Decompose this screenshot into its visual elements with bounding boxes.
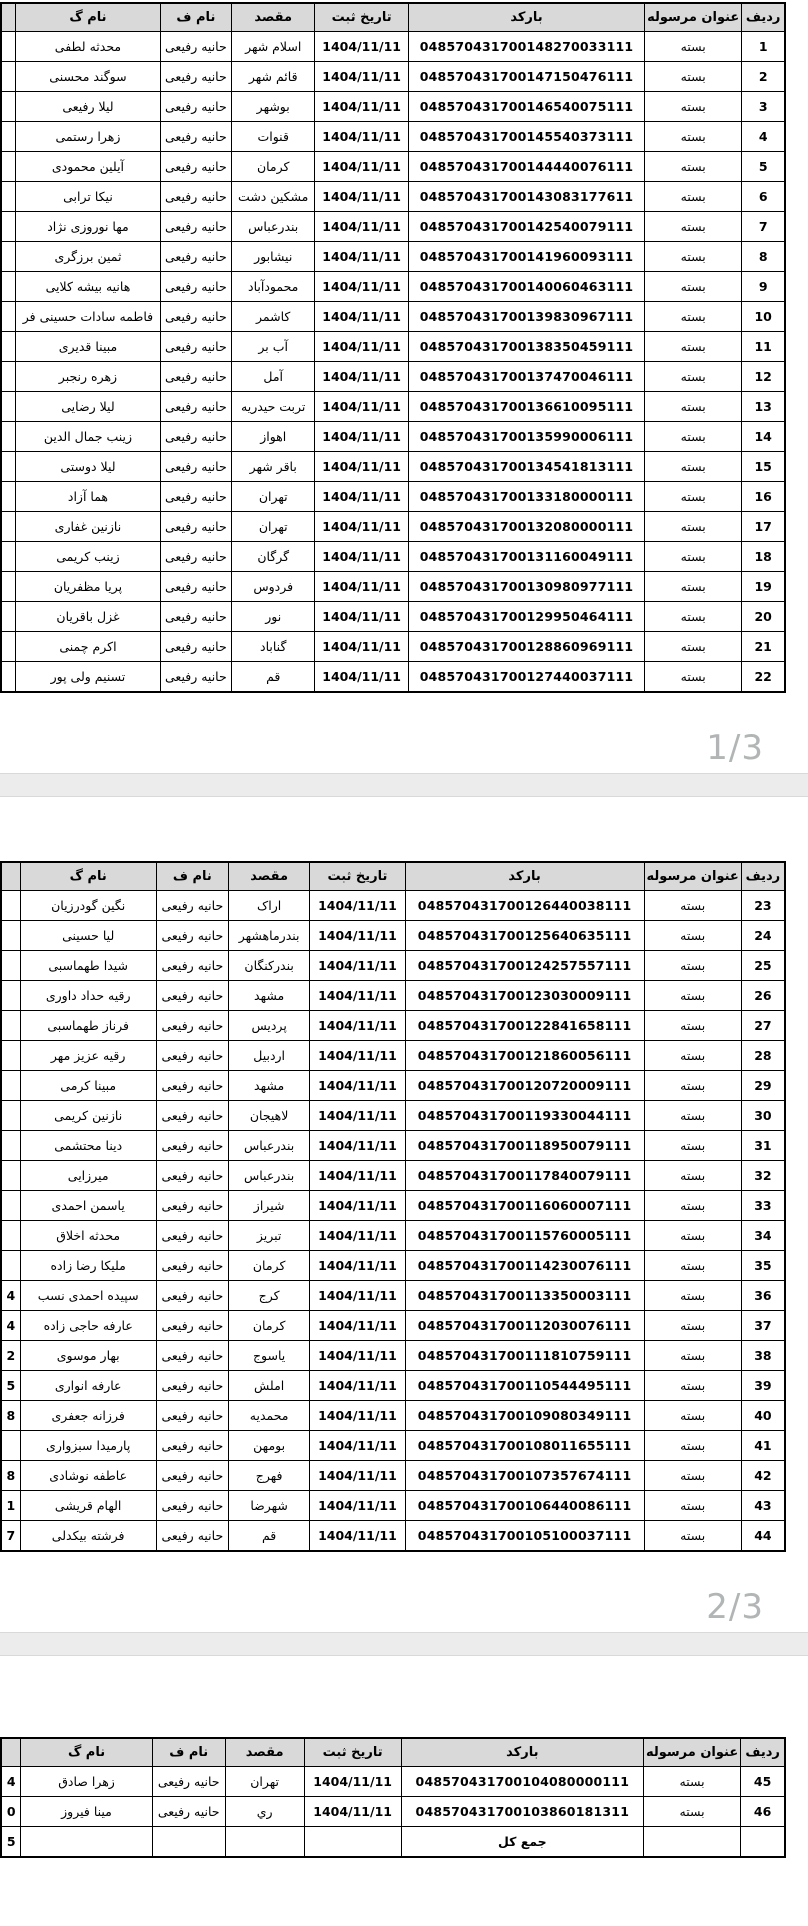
cell-dest: قم [228,1521,309,1552]
cell-row: 7 [742,212,785,242]
table-row: 8بسته0485704317001419600931111404/11/11ن… [1,242,785,272]
cell-fname: حانیه رفیعی [156,1401,228,1431]
cell-row: 23 [741,891,785,921]
table-row: 17بسته0485704317001320800001111404/11/11… [1,512,785,542]
cell-type: بسته [645,572,742,602]
cell-barcode: 048570431700127440037111 [408,662,644,693]
cell-type: بسته [644,1461,741,1491]
cell-barcode: 048570431700109080349111 [405,1401,644,1431]
cell-date: 1404/11/11 [310,1491,405,1521]
cell-type: بسته [645,632,742,662]
cell-date: 1404/11/11 [315,362,409,392]
cell-date: 1404/11/11 [310,1071,405,1101]
header-row: ردیفعنوان مرسولهبارکدتاریخ ثبتمقصدنام فن… [1,3,785,32]
page-separator-1 [0,773,808,797]
cell-barcode: 048570431700115760005111 [405,1221,644,1251]
cell-row: 4 [742,122,785,152]
cell-lname: شیدا طهماسبی [20,951,156,981]
cell-row: 5 [742,152,785,182]
cell-lname: مها نوروزی نژاد [16,212,160,242]
cell-date: 1404/11/11 [310,1191,405,1221]
cell-barcode: 048570431700116060007111 [405,1191,644,1221]
page-separator-2 [0,1632,808,1656]
column-header-row: ردیف [742,3,785,32]
cell-fname: حانیه رفیعی [160,92,231,122]
cell-barcode: 048570431700144440076111 [408,152,644,182]
table-row: 11بسته0485704317001383504591111404/11/11… [1,332,785,362]
cell-fname: حانیه رفیعی [156,981,228,1011]
cell-row: 39 [741,1371,785,1401]
cell-row: 3 [742,92,785,122]
cell-lname: نازنین کریمی [20,1101,156,1131]
cell-date: 1404/11/11 [315,662,409,693]
cell-barcode: 048570431700117840079111 [405,1161,644,1191]
cell-dest: باقر شهر [232,452,315,482]
cell-clipped: 2 [1,1341,20,1371]
cell-barcode: 048570431700131160049111 [408,542,644,572]
header-row: ردیفعنوان مرسولهبارکدتاریخ ثبتمقصدنام فن… [1,862,785,891]
cell-barcode: 048570431700138350459111 [408,332,644,362]
cell-lname: مبینا قدیری [16,332,160,362]
cell-dest: اردبیل [228,1041,309,1071]
table-row: 5بسته0485704317001444400761111404/11/11ک… [1,152,785,182]
cell-row: 21 [742,632,785,662]
cell-type: بسته [644,1401,741,1431]
cell-clipped [1,62,16,92]
cell-clipped [1,981,20,1011]
table-row: 21بسته0485704317001288609691111404/11/11… [1,632,785,662]
cell-row: 46 [741,1797,785,1827]
cell-clipped: 8 [1,1461,20,1491]
cell-clipped [1,272,16,302]
cell-lname: عاطفه نوشادی [20,1461,156,1491]
column-header-type: عنوان مرسوله [644,862,741,891]
cell-dest: مشهد [228,1071,309,1101]
cell-barcode: 048570431700125640635111 [405,921,644,951]
cell-type: بسته [643,1767,740,1797]
column-header-row: ردیف [741,862,785,891]
cell-dest: نور [232,602,315,632]
cell-date: 1404/11/11 [315,572,409,602]
table-row: 32بسته0485704317001178400791111404/11/11… [1,1161,785,1191]
page-2: ردیفعنوان مرسولهبارکدتاریخ ثبتمقصدنام فن… [0,797,808,1624]
cell-clipped: 4 [1,1311,20,1341]
cell-lname: لیا حسینی [20,921,156,951]
cell-date: 1404/11/11 [310,1131,405,1161]
cell-dest: ري [225,1797,304,1827]
cell-dest: یاسوج [228,1341,309,1371]
cell-date: 1404/11/11 [315,602,409,632]
cell-type: بسته [645,662,742,693]
page-number-1: 1/3 [0,731,764,765]
cell-fname: حانیه رفیعی [156,921,228,951]
cell-row: 37 [741,1311,785,1341]
cell-barcode: 048570431700141960093111 [408,242,644,272]
cell-dest: بندرعباس [232,212,315,242]
cell-clipped [1,1251,20,1281]
cell-barcode: 048570431700143083177611 [408,182,644,212]
table-row: 26بسته0485704317001230300091111404/11/11… [1,981,785,1011]
cell-row: 29 [741,1071,785,1101]
page-number-2: 2/3 [0,1590,764,1624]
cell-clipped: 1 [1,1491,20,1521]
cell-type: بسته [645,452,742,482]
cell-type: بسته [645,92,742,122]
column-header-lname: نام گ [21,1738,152,1767]
table-row: 15بسته0485704317001345418131111404/11/11… [1,452,785,482]
cell-clipped: 8 [1,1401,20,1431]
cell-date: 1404/11/11 [315,452,409,482]
cell-type: بسته [644,1251,741,1281]
cell-date: 1404/11/11 [310,951,405,981]
cell-barcode: 048570431700128860969111 [408,632,644,662]
cell-type [643,1827,740,1858]
page-3: ردیفعنوان مرسولهبارکدتاریخ ثبتمقصدنام فن… [0,1656,808,1858]
cell-dest: بندرماهشهر [228,921,309,951]
cell-type: بسته [644,1101,741,1131]
cell-type: بسته [645,392,742,422]
cell-clipped: 0 [1,1797,21,1827]
cell-fname: حانیه رفیعی [160,662,231,693]
table-row: 10بسته0485704317001398309671111404/11/11… [1,302,785,332]
cell-date: 1404/11/11 [315,32,409,62]
column-header-lname: نام گ [16,3,160,32]
cell-date: 1404/11/11 [315,542,409,572]
cell-dest: قم [232,662,315,693]
cell-date: 1404/11/11 [310,1341,405,1371]
cell-barcode: 048570431700136610095111 [408,392,644,422]
table-row: 33بسته0485704317001160600071111404/11/11… [1,1191,785,1221]
cell-dest: اسلام شهر [232,32,315,62]
cell-barcode: 048570431700148270033111 [408,32,644,62]
cell-clipped [1,32,16,62]
cell-dest: تهران [232,482,315,512]
cell-clipped [1,1431,20,1461]
cell-type: بسته [644,1131,741,1161]
cell-fname: حانیه رفیعی [156,891,228,921]
cell-barcode: 048570431700119330044111 [405,1101,644,1131]
table-row: 6بسته0485704317001430831776111404/11/11م… [1,182,785,212]
cell-dest: املش [228,1371,309,1401]
cell-lname: زهره رنجبر [16,362,160,392]
table-row: 41بسته0485704317001080116551111404/11/11… [1,1431,785,1461]
cell-lname: میرزایی [20,1161,156,1191]
table-row: 35بسته0485704317001142300761111404/11/11… [1,1251,785,1281]
cell-clipped [1,1131,20,1161]
cell-row: 43 [741,1491,785,1521]
header-row: ردیفعنوان مرسولهبارکدتاریخ ثبتمقصدنام فن… [1,1738,785,1767]
cell-date: 1404/11/11 [315,512,409,542]
cell-fname: حانیه رفیعی [160,482,231,512]
cell-row [741,1827,785,1858]
cell-dest [225,1827,304,1858]
cell-fname: حانیه رفیعی [160,602,231,632]
cell-row: 17 [742,512,785,542]
table-row: 22بسته0485704317001274400371111404/11/11… [1,662,785,693]
cell-clipped [1,1101,20,1131]
cell-fname: حانیه رفیعی [160,332,231,362]
cell-dest: قائم شهر [232,62,315,92]
cell-fname: حانیه رفیعی [160,152,231,182]
cell-barcode: 048570431700121860056111 [405,1041,644,1071]
cell-clipped: 5 [1,1827,21,1858]
cell-clipped [1,302,16,332]
cell-dest: تبریز [228,1221,309,1251]
cell-row: 27 [741,1011,785,1041]
cell-dest: گرگان [232,542,315,572]
cell-fname: حانیه رفیعی [152,1767,225,1797]
cell-clipped [1,122,16,152]
cell-barcode: 048570431700137470046111 [408,362,644,392]
cell-row: 9 [742,272,785,302]
cell-row: 35 [741,1251,785,1281]
cell-clipped [1,1071,20,1101]
column-header-clipped [1,1738,21,1767]
cell-row: 11 [742,332,785,362]
cell-dest: محمدیه [228,1401,309,1431]
cell-row: 19 [742,572,785,602]
cell-date: 1404/11/11 [315,92,409,122]
cell-lname: نگین گودرزیان [20,891,156,921]
cell-fname: حانیه رفیعی [160,452,231,482]
cell-barcode: 048570431700139830967111 [408,302,644,332]
table-row: 13بسته0485704317001366100951111404/11/11… [1,392,785,422]
cell-fname: حانیه رفیعی [160,32,231,62]
cell-type: بسته [644,921,741,951]
cell-fname: حانیه رفیعی [156,951,228,981]
cell-barcode: 048570431700135990006111 [408,422,644,452]
table-row: 9بسته0485704317001400604631111404/11/11م… [1,272,785,302]
cell-type: بسته [644,891,741,921]
cell-dest: تربت حیدریه [232,392,315,422]
cell-type: بسته [645,422,742,452]
cell-clipped [1,332,16,362]
cell-type: بسته [645,362,742,392]
cell-date: 1404/11/11 [315,152,409,182]
cell-date: 1404/11/11 [310,891,405,921]
cell-type: بسته [645,62,742,92]
cell-row: 32 [741,1161,785,1191]
table-row: 31بسته0485704317001189500791111404/11/11… [1,1131,785,1161]
cell-type: بسته [644,1371,741,1401]
column-header-barcode: بارکد [401,1738,643,1767]
cell-date: 1404/11/11 [304,1797,401,1827]
cell-lname: هما آزاد [16,482,160,512]
cell-date: 1404/11/11 [310,1431,405,1461]
cell-date: 1404/11/11 [310,1011,405,1041]
cell-date: 1404/11/11 [315,632,409,662]
cell-row: 6 [742,182,785,212]
column-header-dest: مقصد [228,862,309,891]
cell-clipped [1,92,16,122]
table-row: 24بسته0485704317001256406351111404/11/11… [1,921,785,951]
cell-clipped [1,1221,20,1251]
cell-lname: آیلین محمودی [16,152,160,182]
cell-fname: حانیه رفیعی [156,1281,228,1311]
cell-row: 30 [741,1101,785,1131]
cell-type: بسته [645,122,742,152]
cell-row: 38 [741,1341,785,1371]
table-row: 23بسته0485704317001264400381111404/11/11… [1,891,785,921]
table-row: 27بسته0485704317001228416581111404/11/11… [1,1011,785,1041]
cell-dest: گناباد [232,632,315,662]
cell-lname: مینا فیروز [21,1797,152,1827]
cell-fname: حانیه رفیعی [156,1491,228,1521]
cell-lname: زینب جمال الدین [16,422,160,452]
cell-fname: حانیه رفیعی [156,1251,228,1281]
cell-barcode: 048570431700126440038111 [405,891,644,921]
cell-fname: حانیه رفیعی [160,362,231,392]
cell-type: بسته [644,981,741,1011]
cell-type: بسته [645,602,742,632]
cell-row: 16 [742,482,785,512]
cell-row: 20 [742,602,785,632]
cell-fname: حانیه رفیعی [156,1191,228,1221]
column-header-dest: مقصد [225,1738,304,1767]
cell-row: 24 [741,921,785,951]
cell-row: 12 [742,362,785,392]
table-row: 44بسته0485704317001051000371111404/11/11… [1,1521,785,1552]
cell-clipped [1,392,16,422]
cell-fname: حانیه رفیعی [156,1011,228,1041]
table-row: 36بسته0485704317001133500031111404/11/11… [1,1281,785,1311]
cell-dest: پردیس [228,1011,309,1041]
table-row: 3بسته0485704317001465400751111404/11/11ب… [1,92,785,122]
table-row: 18بسته0485704317001311600491111404/11/11… [1,542,785,572]
cell-date: 1404/11/11 [310,1041,405,1071]
table-row: 20بسته0485704317001299504641111404/11/11… [1,602,785,632]
cell-type: بسته [644,1011,741,1041]
table-row: 46بسته0485704317001038601813111404/11/11… [1,1797,785,1827]
table-row: 2بسته0485704317001471504761111404/11/11ق… [1,62,785,92]
cell-row: 8 [742,242,785,272]
cell-date: 1404/11/11 [310,981,405,1011]
column-header-clipped [1,862,20,891]
cell-fname: حانیه رفیعی [156,1071,228,1101]
cell-date: 1404/11/11 [310,1221,405,1251]
cell-lname: تسنیم ولی پور [16,662,160,693]
cell-type: بسته [645,542,742,572]
cell-row: 1 [742,32,785,62]
cell-type: بسته [644,951,741,981]
cell-date: 1404/11/11 [310,1461,405,1491]
column-header-fname: نام ف [152,1738,225,1767]
column-header-type: عنوان مرسوله [645,3,742,32]
cell-fname: حانیه رفیعی [160,392,231,422]
cell-dest: محمودآباد [232,272,315,302]
cell-lname: رقیه حداد داوری [20,981,156,1011]
cell-barcode: 048570431700142540079111 [408,212,644,242]
cell-date: 1404/11/11 [310,1311,405,1341]
table-row: 39بسته0485704317001105444951111404/11/11… [1,1371,785,1401]
cell-date: 1404/11/11 [315,422,409,452]
cell-lname: یاسمن احمدی [20,1191,156,1221]
cell-clipped [1,602,16,632]
cell-fname: حانیه رفیعی [152,1797,225,1827]
cell-row: 40 [741,1401,785,1431]
cell-dest: اهواز [232,422,315,452]
document-viewer: { "document": { "columns": [ {"key":"row… [0,0,808,1926]
cell-clipped [1,632,16,662]
cell-type: بسته [643,1797,740,1827]
cell-clipped [1,242,16,272]
table-row: 43بسته0485704317001064400861111404/11/11… [1,1491,785,1521]
cell-date: 1404/11/11 [315,482,409,512]
cell-clipped [1,422,16,452]
cell-lname: دینا محتشمی [20,1131,156,1161]
cell-date: 1404/11/11 [310,1251,405,1281]
cell-row: 45 [741,1767,785,1797]
cell-type: بسته [644,1431,741,1461]
cell-fname: حانیه رفیعی [160,302,231,332]
cell-lname [21,1827,152,1858]
cell-clipped [1,212,16,242]
cell-clipped [1,1161,20,1191]
manifest-table-1: ردیفعنوان مرسولهبارکدتاریخ ثبتمقصدنام فن… [0,2,786,693]
cell-dest: کرمان [228,1311,309,1341]
cell-date: 1404/11/11 [304,1767,401,1797]
table-row: 42بسته0485704317001073576741111404/11/11… [1,1461,785,1491]
cell-lname: ثمین برزگری [16,242,160,272]
cell-fname: حانیه رفیعی [156,1371,228,1401]
cell-clipped: 7 [1,1521,20,1552]
cell-fname: حانیه رفیعی [156,1311,228,1341]
cell-fname: حانیه رفیعی [156,1131,228,1161]
cell-date: 1404/11/11 [315,122,409,152]
cell-barcode: 048570431700106440086111 [405,1491,644,1521]
cell-dest: آمل [232,362,315,392]
cell-type: بسته [645,512,742,542]
cell-date: 1404/11/11 [315,242,409,272]
cell-dest: شهرضا [228,1491,309,1521]
cell-barcode: 048570431700113350003111 [405,1281,644,1311]
cell-clipped [1,662,16,693]
cell-date: 1404/11/11 [310,1101,405,1131]
column-header-fname: نام ف [160,3,231,32]
cell-row: 28 [741,1041,785,1071]
cell-lname: زینب کریمی [16,542,160,572]
cell-lname: پارمیدا سبزواری [20,1431,156,1461]
cell-dest: اراک [228,891,309,921]
table-row: 34بسته0485704317001157600051111404/11/11… [1,1221,785,1251]
cell-lname: لیلا دوستی [16,452,160,482]
cell-barcode: 048570431700118950079111 [405,1131,644,1161]
cell-row: 34 [741,1221,785,1251]
cell-date: 1404/11/11 [315,392,409,422]
cell-row: 41 [741,1431,785,1461]
cell-fname [152,1827,225,1858]
cell-clipped [1,182,16,212]
cell-clipped [1,921,20,951]
cell-clipped [1,951,20,981]
cell-date [304,1827,401,1858]
cell-dest: مشکین دشت [232,182,315,212]
cell-clipped [1,542,16,572]
cell-clipped: 4 [1,1767,21,1797]
cell-barcode: 048570431700120720009111 [405,1071,644,1101]
table-row: 29بسته0485704317001207200091111404/11/11… [1,1071,785,1101]
cell-row: 22 [742,662,785,693]
cell-dest: آب بر [232,332,315,362]
cell-row: 44 [741,1521,785,1552]
cell-type: بسته [645,242,742,272]
cell-clipped [1,891,20,921]
cell-dest: فردوس [232,572,315,602]
cell-row: 31 [741,1131,785,1161]
column-header-type: عنوان مرسوله [643,1738,740,1767]
cell-type: بسته [644,1281,741,1311]
cell-fname: حانیه رفیعی [160,512,231,542]
